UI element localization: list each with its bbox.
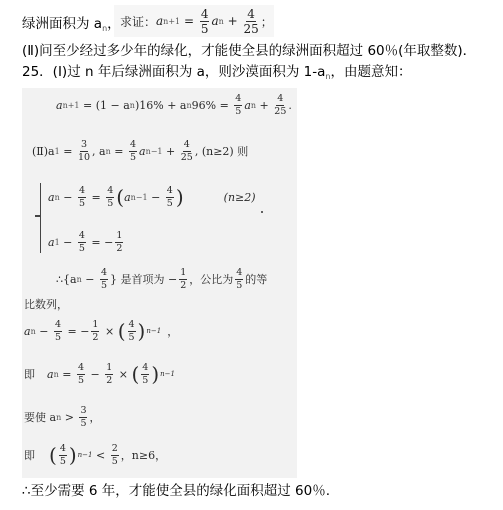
fraction: 45 <box>235 268 243 290</box>
recurrence-derivation: an+1 = (1 − an )16% + an 96% = 45 an + 4… <box>56 94 292 116</box>
fraction: 310 <box>78 140 90 162</box>
solution-intro: 25．(Ⅰ)过 n 年后绿洲面积为 a，则沙漠面积为 1-an，由题意知： <box>22 63 412 86</box>
fraction: 425 <box>243 8 258 35</box>
fraction: 45 <box>166 186 174 208</box>
proof-claim-formula: 求证： an+1 = 45 an + 425 ； <box>114 5 274 37</box>
fraction: 45 <box>128 320 136 342</box>
fraction: 45 <box>141 363 149 385</box>
fraction: 45 <box>77 363 85 385</box>
fraction: 25 <box>111 444 119 466</box>
general-term: 即 an = 45 − 12 × ( 45 ) n−1 <box>24 363 175 385</box>
fraction: 12 <box>91 320 99 342</box>
question-part-2: (Ⅱ)问至少经过多少年的绿化，才能使全县的绿洲面积超过 60％(年取整数)． <box>22 42 476 60</box>
system-equation-2: a1 − 45 = − 12 <box>48 231 125 253</box>
geometric-sequence-continued: 比数列， <box>24 296 68 312</box>
text-line-1: 绿洲面积为 an， <box>22 15 121 38</box>
fraction: 12 <box>115 231 123 253</box>
fraction: 425 <box>181 140 193 162</box>
fraction: 45 <box>129 140 137 162</box>
fraction: 12 <box>179 268 187 290</box>
fraction: 45 <box>200 8 210 35</box>
oasis-area-text: 绿洲面积为 a <box>22 16 102 32</box>
geometric-sequence-statement: ∴{an − 45 } 是首项为 − 12 ，公比为 45 的等 <box>56 268 267 290</box>
fraction: 35 <box>79 406 87 428</box>
fraction: 45 <box>106 186 114 208</box>
part-2-setup: (Ⅱ)a1 = 310 , an = 45 an−1 + 425 , (n≥2)… <box>32 140 248 162</box>
fraction: 45 <box>100 268 108 290</box>
scanned-solution-image: an+1 = (1 − an )16% + an 96% = 45 an + 4… <box>22 88 297 478</box>
fraction: 45 <box>54 320 62 342</box>
fraction: 12 <box>105 363 113 385</box>
system-brace <box>40 183 47 253</box>
requirement-condition: 要使 an > 35 ， <box>24 406 100 428</box>
inequality-result: 即 ( 45 ) n−1 < 25 ，n≥6， <box>24 444 166 466</box>
general-term-shifted: an − 45 = − 12 × ( 45 ) n−1 ， <box>24 320 178 342</box>
system-equation-1: an − 45 = 45 ( an−1 − 45 ) (n≥2) <box>48 186 256 208</box>
stray-mark <box>261 211 263 213</box>
fraction: 45 <box>234 94 242 116</box>
fraction: 45 <box>78 186 86 208</box>
fraction: 425 <box>274 94 286 116</box>
fraction: 45 <box>78 231 86 253</box>
final-conclusion: ∴至少需要 6 年，才能使全县的绿化面积超过 60％. <box>22 482 330 500</box>
fraction: 45 <box>59 444 67 466</box>
